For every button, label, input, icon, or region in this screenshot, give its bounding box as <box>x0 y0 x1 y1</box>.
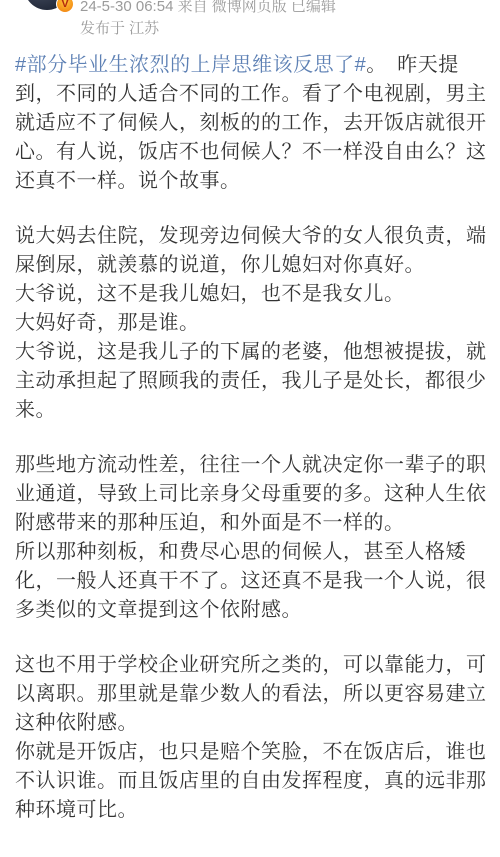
hashtag-link[interactable]: #部分毕业生浓烈的上岸思维该反思了# <box>15 54 366 76</box>
post-content: #部分毕业生浓烈的上岸思维该反思了#。 昨天提到，不同的人适合不同的工作。看了个… <box>0 37 500 825</box>
post-paragraph-3: 那些地方流动性差，往往一个人就决定你一辈子的职业通道，导致上司比亲身父母重要的多… <box>15 451 487 625</box>
post-timestamp-source: 24-5-30 06:54 来自 微博网页版 已编辑 <box>80 0 484 16</box>
verified-badge-icon: V <box>56 0 74 13</box>
post-location: 发布于 江苏 <box>80 19 484 38</box>
post-header: V 24-5-30 06:54 来自 微博网页版 已编辑 发布于 江苏 <box>0 0 500 37</box>
post-paragraph-4: 这也不用于学校企业研究所之类的，可以靠能力，可以离职。那里就是靠少数人的看法，所… <box>15 651 487 825</box>
post-paragraph-1: #部分毕业生浓烈的上岸思维该反思了#。 昨天提到，不同的人适合不同的工作。看了个… <box>15 51 487 196</box>
weibo-post-screenshot: { "post": { "meta": { "timestamp_source"… <box>0 0 500 857</box>
post-paragraph-2: 说大妈去住院，发现旁边伺候大爷的女人很负责，端屎倒尿，就羡慕的说道，你儿媳妇对你… <box>15 222 487 425</box>
